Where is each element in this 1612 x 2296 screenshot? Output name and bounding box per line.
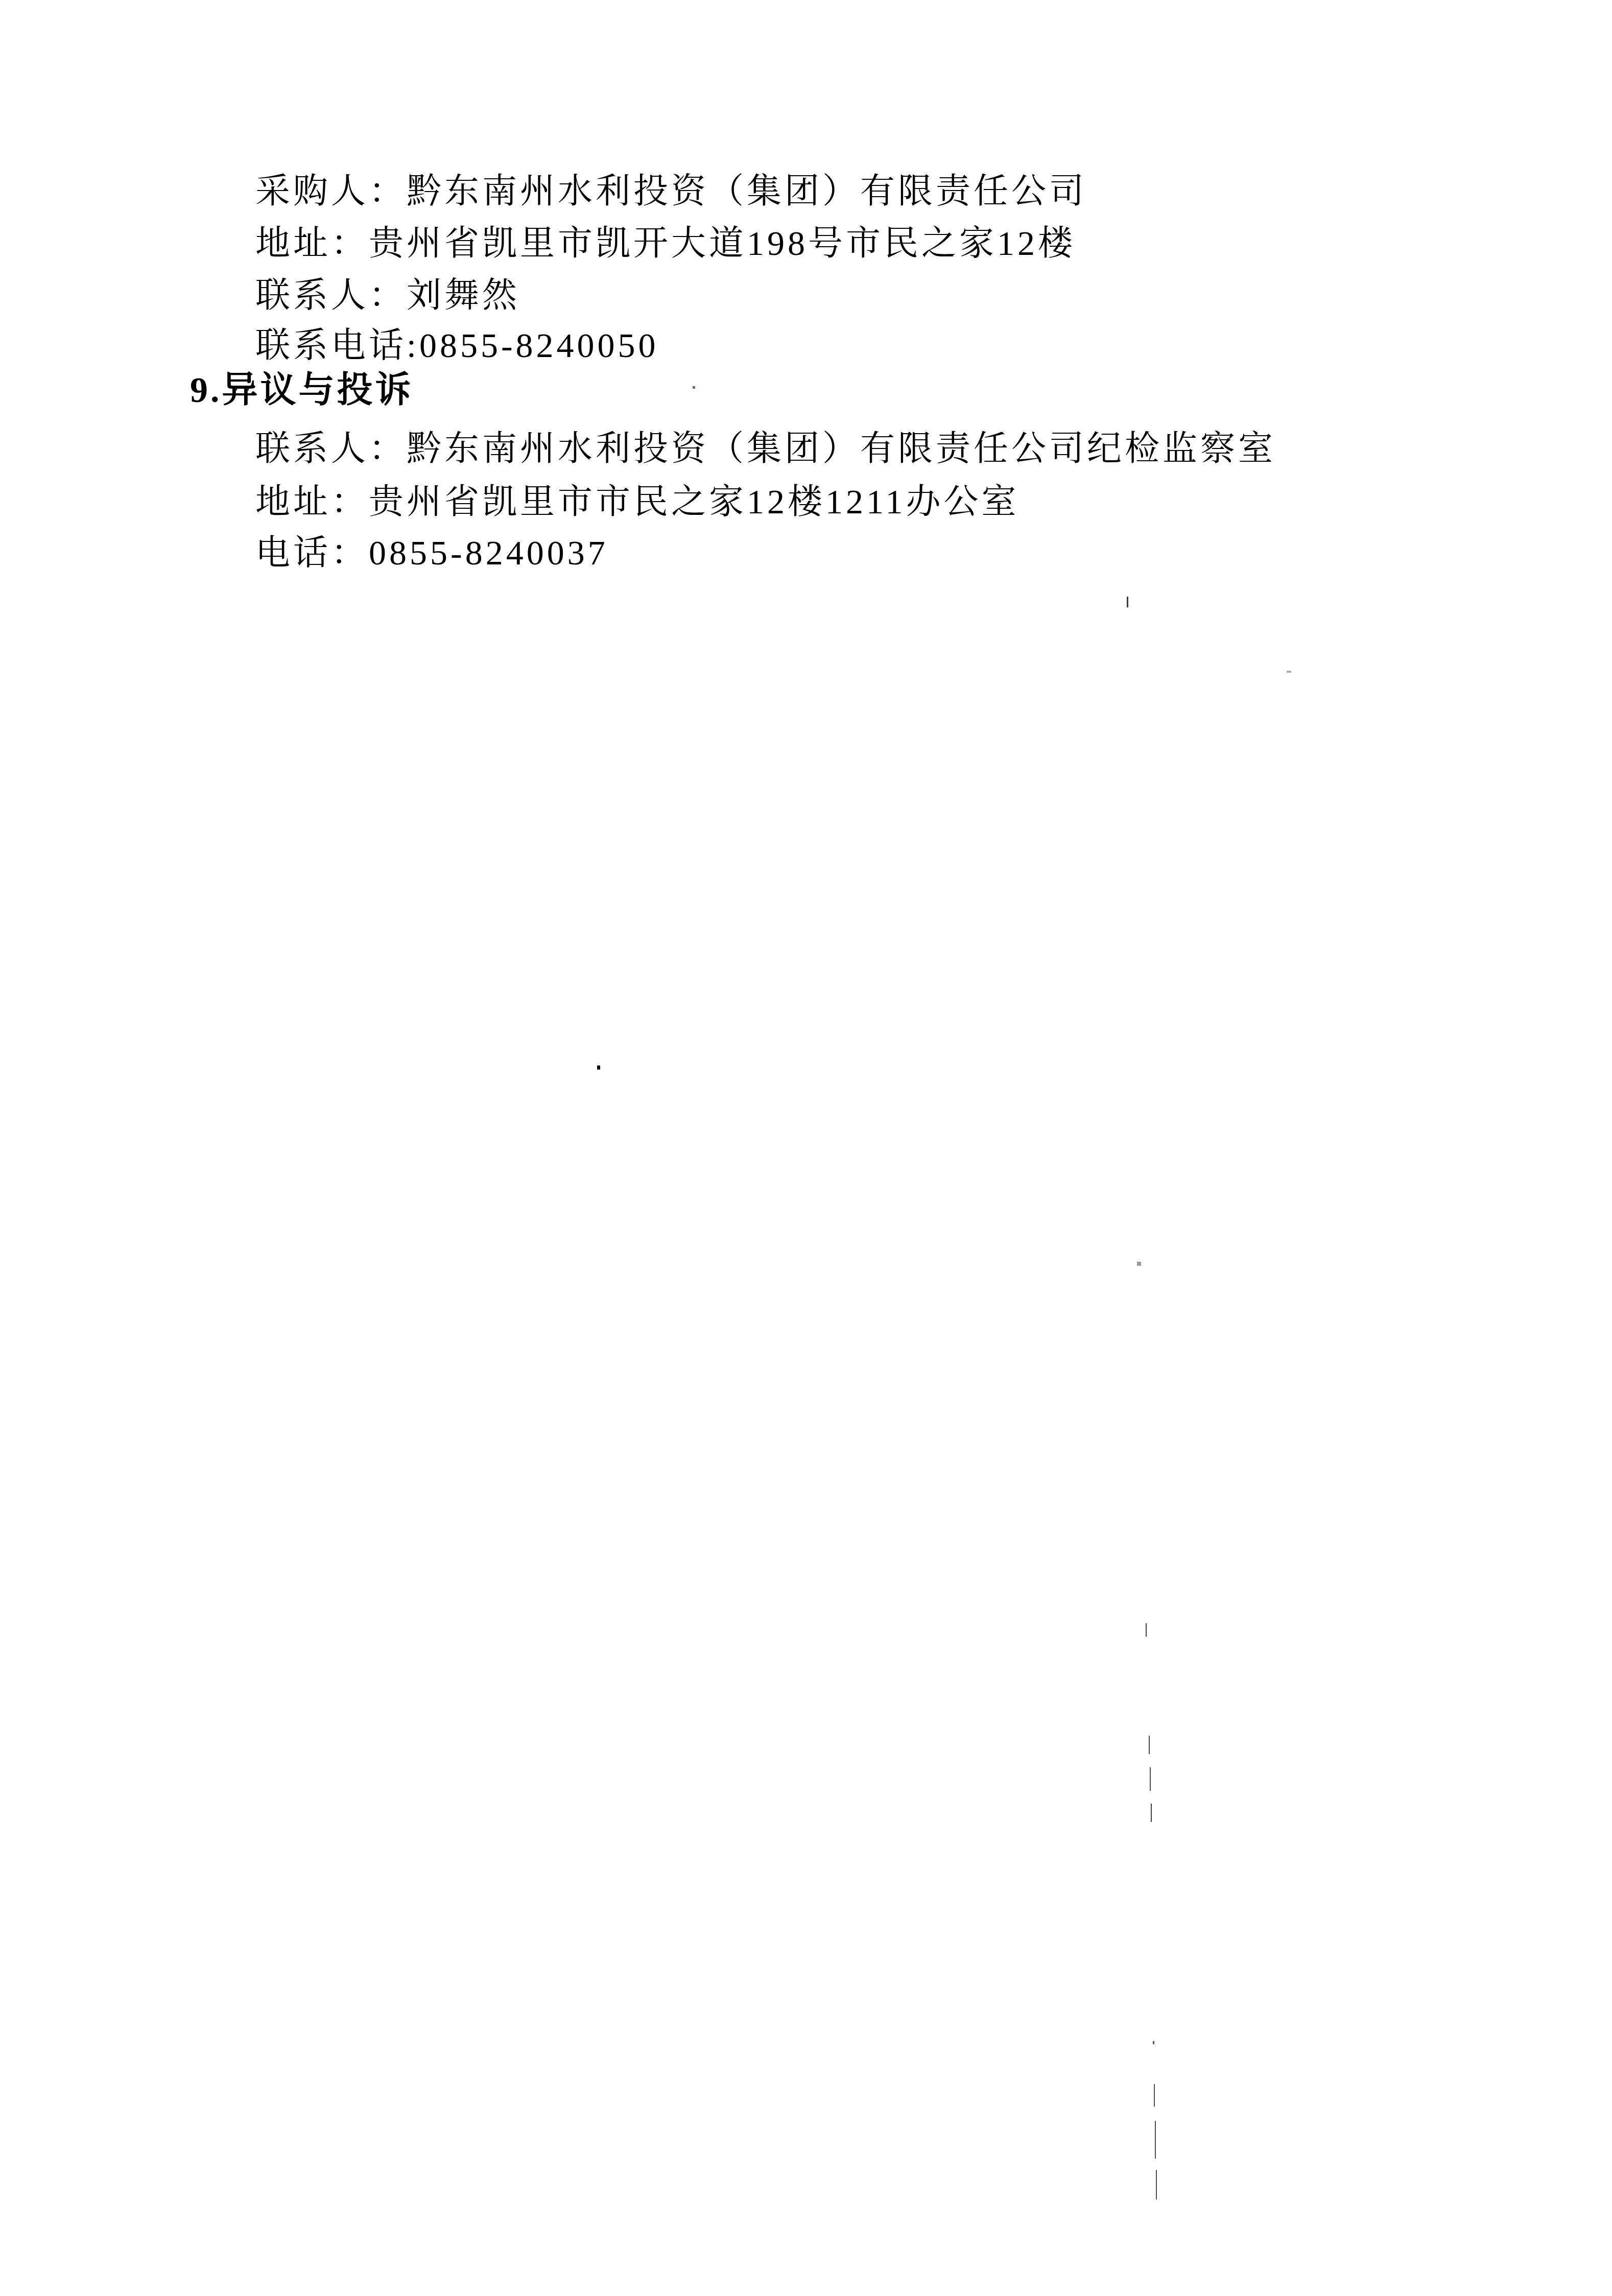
scan-artifact [1151,1804,1152,1822]
scan-artifact [1146,1623,1147,1637]
objection-section-heading: 9.异议与投诉 [190,373,414,409]
objection-phone-line: 电话：0855-8240037 [255,535,608,570]
scan-artifact [1127,597,1128,607]
scan-artifact [1156,2170,1157,2199]
document-page: 采购人：黔东南州水利投资（集团）有限责任公司 地址：贵州省凯里市凯开大道198号… [0,0,1612,2296]
purchaser-phone-line: 联系电话:0855-8240050 [255,328,659,363]
purchaser-name-line: 采购人：黔东南州水利投资（集团）有限责任公司 [255,174,1087,208]
scan-artifact [693,386,695,389]
scan-artifact [1154,2084,1155,2106]
objection-contact-line: 联系人：黔东南州水利投资（集团）有限责任公司纪检监察室 [255,431,1276,466]
objection-address-line: 地址：贵州省凯里市市民之家12楼1211办公室 [255,484,1019,519]
scan-artifact [1137,1262,1141,1266]
scan-artifact [1155,2121,1156,2159]
purchaser-address-line: 地址：贵州省凯里市凯开大道198号市民之家12楼 [255,226,1076,261]
scan-artifact [1149,1736,1150,1754]
scan-artifact [597,1066,600,1070]
scan-artifact [1287,671,1291,673]
scan-artifact [1153,2041,1154,2044]
scan-artifact [1150,1767,1151,1791]
purchaser-contact-line: 联系人：刘舞然 [255,278,520,313]
